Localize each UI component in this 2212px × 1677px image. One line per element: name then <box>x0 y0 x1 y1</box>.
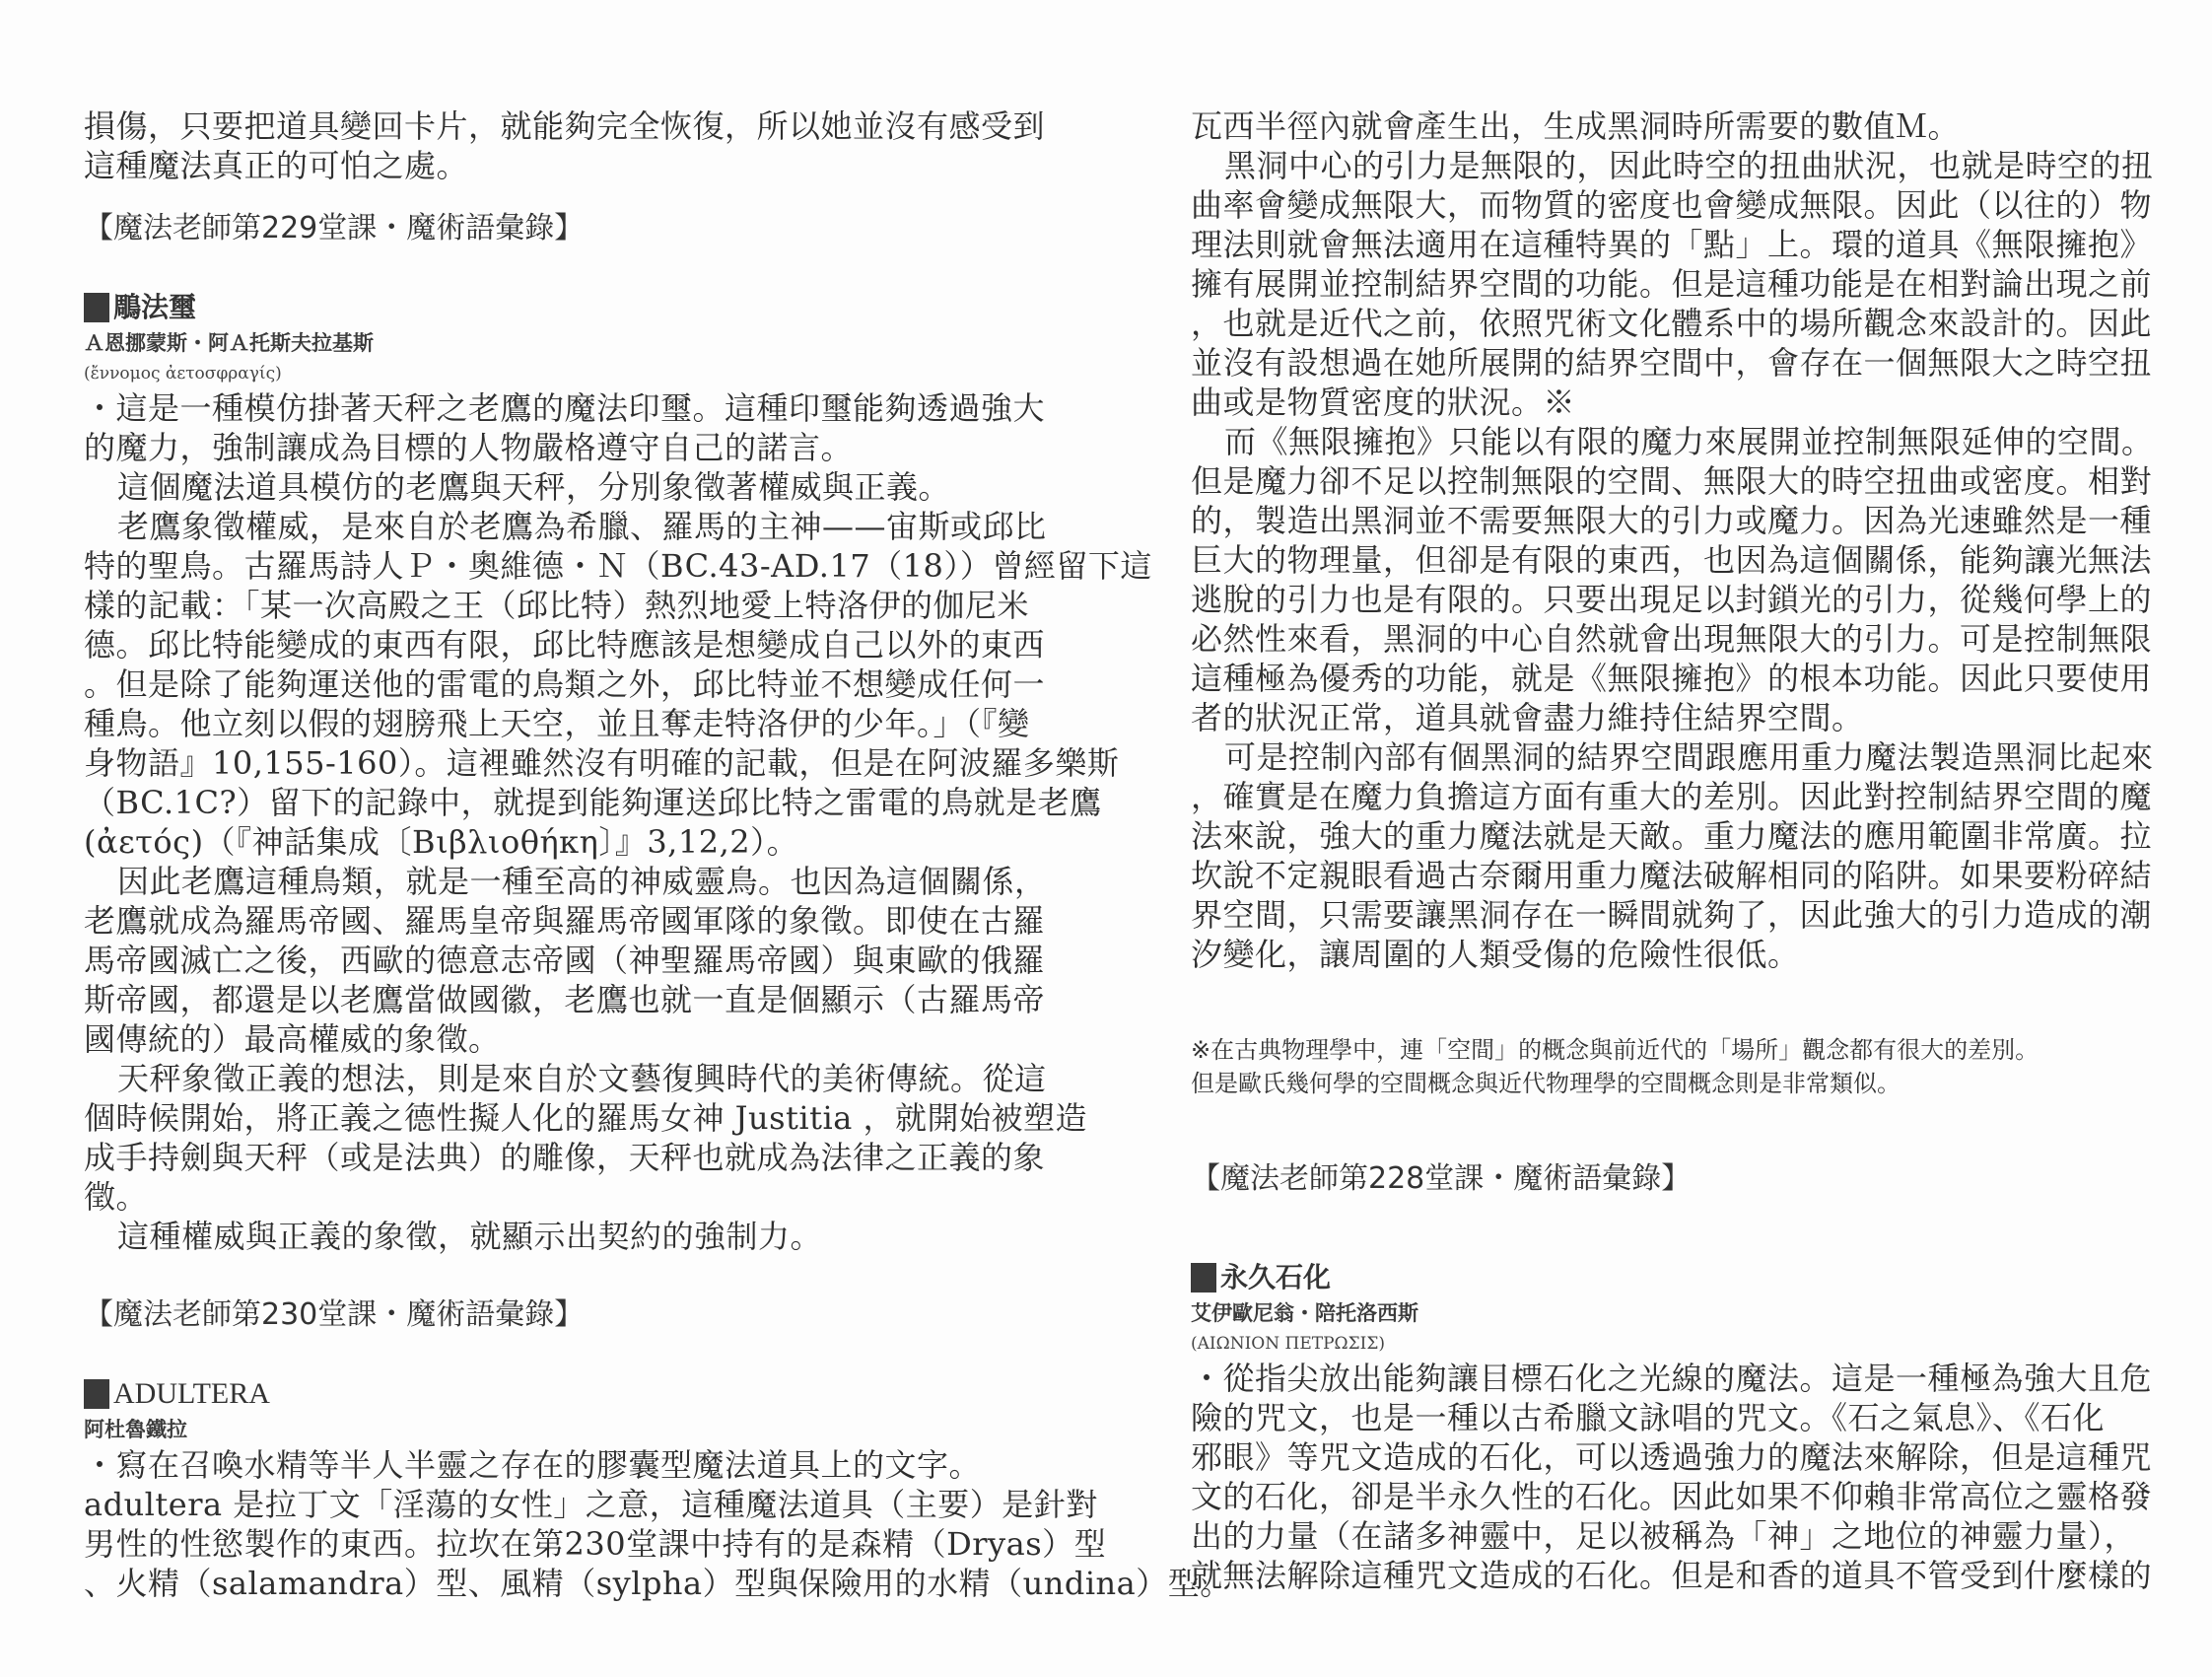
body-line: 可是控制內部有個黑洞的結界空間跟應用重力魔法製造黑洞比起來 <box>1191 737 2142 777</box>
body-line: 文的石化，卻是半永久性的石化。因此如果不仰賴非常高位之靈格發 <box>1191 1477 2142 1516</box>
body-line: 法來說，強大的重力魔法就是天敵。重力魔法的應用範圍非常廣。拉 <box>1191 816 2142 856</box>
section-body-228: ・從指尖放出能夠讓目標石化之光線的魔法。這是一種極為強大且危險的咒文，也是一種以… <box>1191 1359 2142 1595</box>
body-line: ，確實是在魔力負擔這方面有重大的差別。因此對控制結界空間的魔 <box>1191 777 2142 816</box>
body-line: 黑洞中心的引力是無限的，因此時空的扭曲狀況，也就是時空的扭 <box>1191 146 2142 185</box>
section-heading-228: 【魔法老師第228堂課・魔術語彙錄】 <box>1191 1159 2142 1199</box>
body-line: 但是魔力卻不足以控制無限的空間、無限大的時空扭曲或密度。相對 <box>1191 461 2142 501</box>
body-line: 邪眼》等咒文造成的石化，可以透過強力的魔法來解除，但是這種咒 <box>1191 1437 2142 1477</box>
body-line: 曲或是物質密度的狀況。※ <box>1191 383 2142 422</box>
body-line: 德。邱比特能變成的東西有限，邱比特應該是想變成自己以外的東西 <box>84 625 1035 664</box>
term-title: 鵰法璽 <box>113 288 196 327</box>
section-heading-230: 【魔法老師第230堂課・魔術語彙錄】 <box>84 1295 1035 1335</box>
body-line: 老鷹象徵權威，是來自於老鷹為希臘、羅馬的主神——宙斯或邱比 <box>84 507 1035 546</box>
footnote-line: ※在古典物理學中，連「空間」的概念與前近代的「場所」觀念都有很大的差別。 <box>1191 1033 2142 1067</box>
right-page-column: 瓦西半徑內就會產生出，生成黑洞時所需要的數值Ｍ。黑洞中心的引力是無限的，因此時空… <box>1191 106 2142 1595</box>
body-line: 成手持劍與天秤（或是法典）的雕像，天秤也就成為法律之正義的象 <box>84 1138 1035 1177</box>
body-line: (ἀετός)（『神話集成〔Βιβλιοθήκη〕』3,12,2）。 <box>84 822 1035 862</box>
term-reading: Ａ恩挪蒙斯・阿Ａ托斯夫拉基斯 <box>84 327 1035 359</box>
body-line: adultera 是拉丁文「淫蕩的女性」之意，這種魔法道具（主要）是針對 <box>84 1485 1035 1524</box>
body-line: 這個魔法道具模仿的老鷹與天秤，分別象徵著權威與正義。 <box>84 467 1035 507</box>
body-line: 斯帝國，都還是以老鷹當做國徽，老鷹也就一直是個顯示（古羅馬帝 <box>84 980 1035 1019</box>
body-line: 擁有展開並控制結界空間的功能。但是這種功能是在相對論出現之前 <box>1191 264 2142 304</box>
body-line: 者的狀況正常，道具就會盡力維持住結界空間。 <box>1191 698 2142 737</box>
body-line: 老鷹就成為羅馬帝國、羅馬皇帝與羅馬帝國軍隊的象徵。即使在古羅 <box>84 901 1035 941</box>
body-line: 的魔力，強制讓成為目標的人物嚴格遵守自己的諾言。 <box>84 428 1035 467</box>
left-page-column: 損傷，只要把道具變回卡片，就能夠完全恢復，所以她並沒有感受到 這種魔法真正的可怕… <box>84 106 1035 1603</box>
term-original: (ἔννομος ἀετοσφραγίς) <box>84 359 1035 388</box>
body-line: ・這是一種模仿掛著天秤之老鷹的魔法印璽。這種印璽能夠透過強大 <box>84 388 1035 428</box>
body-line: 樣的記載：「某一次高殿之王（邱比特）熱烈地愛上特洛伊的伽尼米 <box>84 586 1035 625</box>
body-line: ・寫在召喚水精等半人半靈之存在的膠囊型魔法道具上的文字。 <box>84 1445 1035 1485</box>
section-body-229: ・這是一種模仿掛著天秤之老鷹的魔法印璽。這種印璽能夠透過強大的魔力，強制讓成為目… <box>84 388 1035 1256</box>
body-line: 這種權威與正義的象徵，就顯示出契約的強制力。 <box>84 1217 1035 1256</box>
glossary-term: ADULTERA <box>84 1374 1035 1414</box>
glossary-term: 鵰法璽 <box>84 288 1035 327</box>
body-line: 瓦西半徑內就會產生出，生成黑洞時所需要的數值Ｍ。 <box>1191 106 2142 146</box>
body-line: 種鳥。他立刻以假的翅膀飛上天空，並且奪走特洛伊的少年。」（『變 <box>84 704 1035 743</box>
body-line: ，也就是近代之前，依照咒術文化體系中的場所觀念來設計的。因此 <box>1191 304 2142 343</box>
body-line: 國傳統的）最高權威的象徵。 <box>84 1019 1035 1059</box>
term-reading: 阿杜魯鐵拉 <box>84 1414 1035 1445</box>
body-line: ・從指尖放出能夠讓目標石化之光線的魔法。這是一種極為強大且危 <box>1191 1359 2142 1398</box>
body-line: 的，製造出黑洞並不需要無限大的引力或魔力。因為光速雖然是一種 <box>1191 501 2142 540</box>
body-line: 理法則就會無法適用在這種特異的「點」上。環的道具《無限擁抱》 <box>1191 225 2142 264</box>
right-body-text: 瓦西半徑內就會產生出，生成黑洞時所需要的數值Ｍ。黑洞中心的引力是無限的，因此時空… <box>1191 106 2142 974</box>
body-line: 必然性來看，黑洞的中心自然就會出現無限大的引力。可是控制無限 <box>1191 619 2142 659</box>
body-line: 界空間，只需要讓黑洞存在一瞬間就夠了，因此強大的引力造成的潮 <box>1191 895 2142 935</box>
glossary-term: 永久石化 <box>1191 1258 2142 1297</box>
body-line: 巨大的物理量，但卻是有限的東西，也因為這個關係，能夠讓光無法 <box>1191 540 2142 580</box>
body-line: 身物語』10,155-160）。這裡雖然沒有明確的記載，但是在阿波羅多樂斯 <box>84 743 1035 783</box>
term-reading: 艾伊歐尼翁・陪托洛西斯 <box>1191 1297 2142 1329</box>
body-line: 因此老鷹這種鳥類，就是一種至高的神威靈鳥。也因為這個關係， <box>84 862 1035 901</box>
term-title: 永久石化 <box>1220 1258 1331 1297</box>
intro-line: 損傷，只要把道具變回卡片，就能夠完全恢復，所以她並沒有感受到 <box>84 106 1035 146</box>
term-original: (ΑΙΩΝΙΟΝ ΠΕΤΡΩΣΙΣ) <box>1191 1329 2142 1359</box>
body-line: 並沒有設想過在她所展開的結界空間中，會存在一個無限大之時空扭 <box>1191 343 2142 383</box>
body-line: 男性的性慾製作的東西。拉坎在第230堂課中持有的是森精（Dryas）型 <box>84 1524 1035 1564</box>
body-line: 這種極為優秀的功能，就是《無限擁抱》的根本功能。因此只要使用 <box>1191 659 2142 698</box>
body-line: 出的力量（在諸多神靈中，足以被稱為「神」之地位的神靈力量）， <box>1191 1516 2142 1556</box>
body-line: 、火精（salamandra）型、風精（sylpha）型與保險用的水精（undi… <box>84 1564 1035 1603</box>
square-marker-icon <box>84 293 109 322</box>
body-line: 天秤象徵正義的想法，則是來自於文藝復興時代的美術傳統。從這 <box>84 1059 1035 1098</box>
body-line: （BC.1C?）留下的記錄中，就提到能夠運送邱比特之雷電的鳥就是老鷹 <box>84 783 1035 822</box>
body-line: 徵。 <box>84 1177 1035 1217</box>
body-line: 曲率會變成無限大，而物質的密度也會變成無限。因此（以往的）物 <box>1191 185 2142 225</box>
section-body-230: ・寫在召喚水精等半人半靈之存在的膠囊型魔法道具上的文字。adultera 是拉丁… <box>84 1445 1035 1603</box>
body-line: 。但是除了能夠運送他的雷電的鳥類之外，邱比特並不想變成任何一 <box>84 664 1035 704</box>
body-line: 險的咒文，也是一種以古希臘文詠唱的咒文。《石之氣息》、《石化 <box>1191 1398 2142 1437</box>
body-line: 坎說不定親眼看過古奈爾用重力魔法破解相同的陷阱。如果要粉碎結 <box>1191 856 2142 895</box>
term-title: ADULTERA <box>113 1374 270 1414</box>
body-line: 個時候開始，將正義之德性擬人化的羅馬女神 Justitia ，就開始被塑造 <box>84 1098 1035 1138</box>
section-heading-229: 【魔法老師第229堂課・魔術語彙錄】 <box>84 209 1035 248</box>
square-marker-icon <box>1191 1263 1216 1293</box>
body-line: 而《無限擁抱》只能以有限的魔力來展開並控制無限延伸的空間。 <box>1191 422 2142 461</box>
body-line: 就無法解除這種咒文造成的石化。但是和香的道具不管受到什麼樣的 <box>1191 1556 2142 1595</box>
body-line: 汐變化，讓周圍的人類受傷的危險性很低。 <box>1191 935 2142 974</box>
footnote-line: 但是歐氏幾何學的空間概念與近代物理學的空間概念則是非常類似。 <box>1191 1067 2142 1100</box>
body-line: 特的聖鳥。古羅馬詩人Ｐ・奧維德・Ｎ（BC.43-AD.17（18））曾經留下這 <box>84 546 1035 586</box>
body-line: 馬帝國滅亡之後，西歐的德意志帝國（神聖羅馬帝國）與東歐的俄羅 <box>84 941 1035 980</box>
intro-line: 這種魔法真正的可怕之處。 <box>84 146 1035 185</box>
square-marker-icon <box>84 1379 109 1409</box>
body-line: 逃脫的引力也是有限的。只要出現足以封鎖光的引力，從幾何學上的 <box>1191 580 2142 619</box>
